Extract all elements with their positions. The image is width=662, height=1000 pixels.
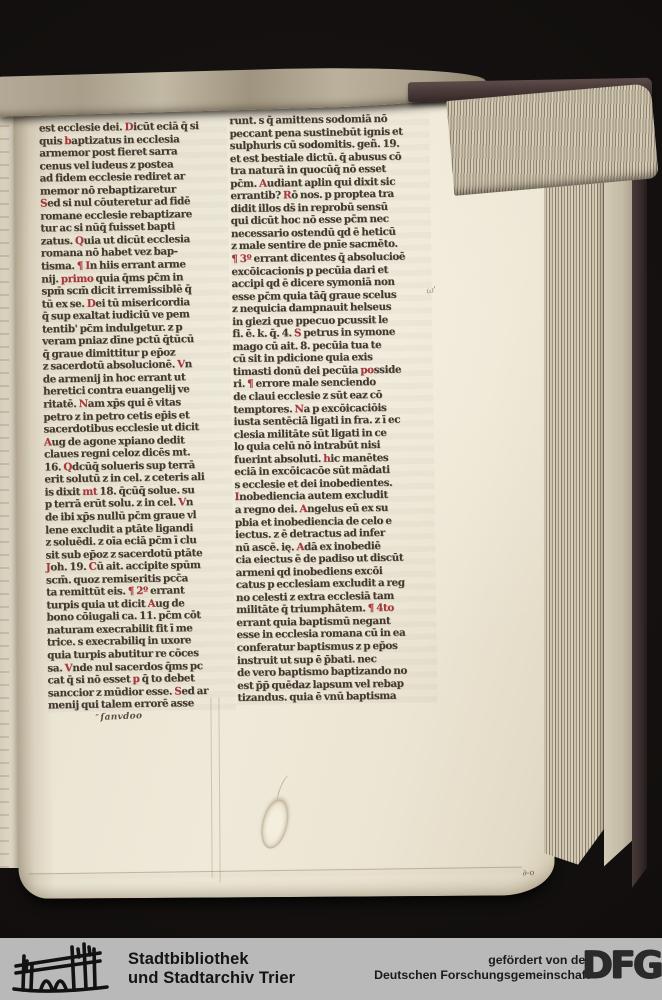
parchment-hole xyxy=(257,797,293,851)
dfg-logo: DFG xyxy=(582,944,661,987)
book-cover-right-edge xyxy=(632,88,647,900)
margin-note-red-mark: ″ xyxy=(95,712,99,722)
manuscript-line: tizandus. quia ē vnū baptisma xyxy=(237,689,437,704)
text-column-right: runt. s q̄ amittens sodomiā nōpeccant pe… xyxy=(229,112,437,704)
funding-line1: gefördert von der xyxy=(374,953,590,968)
ruling-line xyxy=(218,697,220,882)
library-name: Stadtbibliothek und Stadtarchiv Trier xyxy=(128,950,295,988)
margin-note: ″ſanvdoo xyxy=(95,710,142,723)
manuscript-page: armemoz 132 est ecclesie dei. Dicūt eciā… xyxy=(13,95,555,899)
page-stack-top-corner xyxy=(446,83,658,196)
ink-edge-mark: ∂-o xyxy=(522,868,534,878)
text-column-left: est ecclesie dei. Dicūt eciā q̄ siquis b… xyxy=(39,120,236,713)
footer-banner: Stadtbibliothek und Stadtarchiv Trier ge… xyxy=(0,938,662,1000)
ruling-line xyxy=(210,698,212,878)
fore-edge-page-stack xyxy=(544,112,606,880)
funding-credit: gefördert von der Deutschen Forschungsge… xyxy=(374,953,590,983)
digitized-manuscript-view: armemoz 132 est ecclesie dei. Dicūt eciā… xyxy=(0,0,662,1000)
fore-edge-band xyxy=(604,104,634,890)
library-name-line2: und Stadtarchiv Trier xyxy=(128,969,295,988)
margin-note-text: ſanvdoo xyxy=(100,711,142,723)
library-name-line1: Stadtbibliothek xyxy=(128,950,295,969)
funding-line2: Deutschen Forschungsgemeinschaft xyxy=(374,968,590,983)
page-crease xyxy=(29,867,522,875)
pencil-mark: ω' xyxy=(426,285,437,296)
stadtbibliothek-logo-icon xyxy=(10,940,122,998)
book-photo: armemoz 132 est ecclesie dei. Dicūt eciā… xyxy=(0,0,662,1000)
